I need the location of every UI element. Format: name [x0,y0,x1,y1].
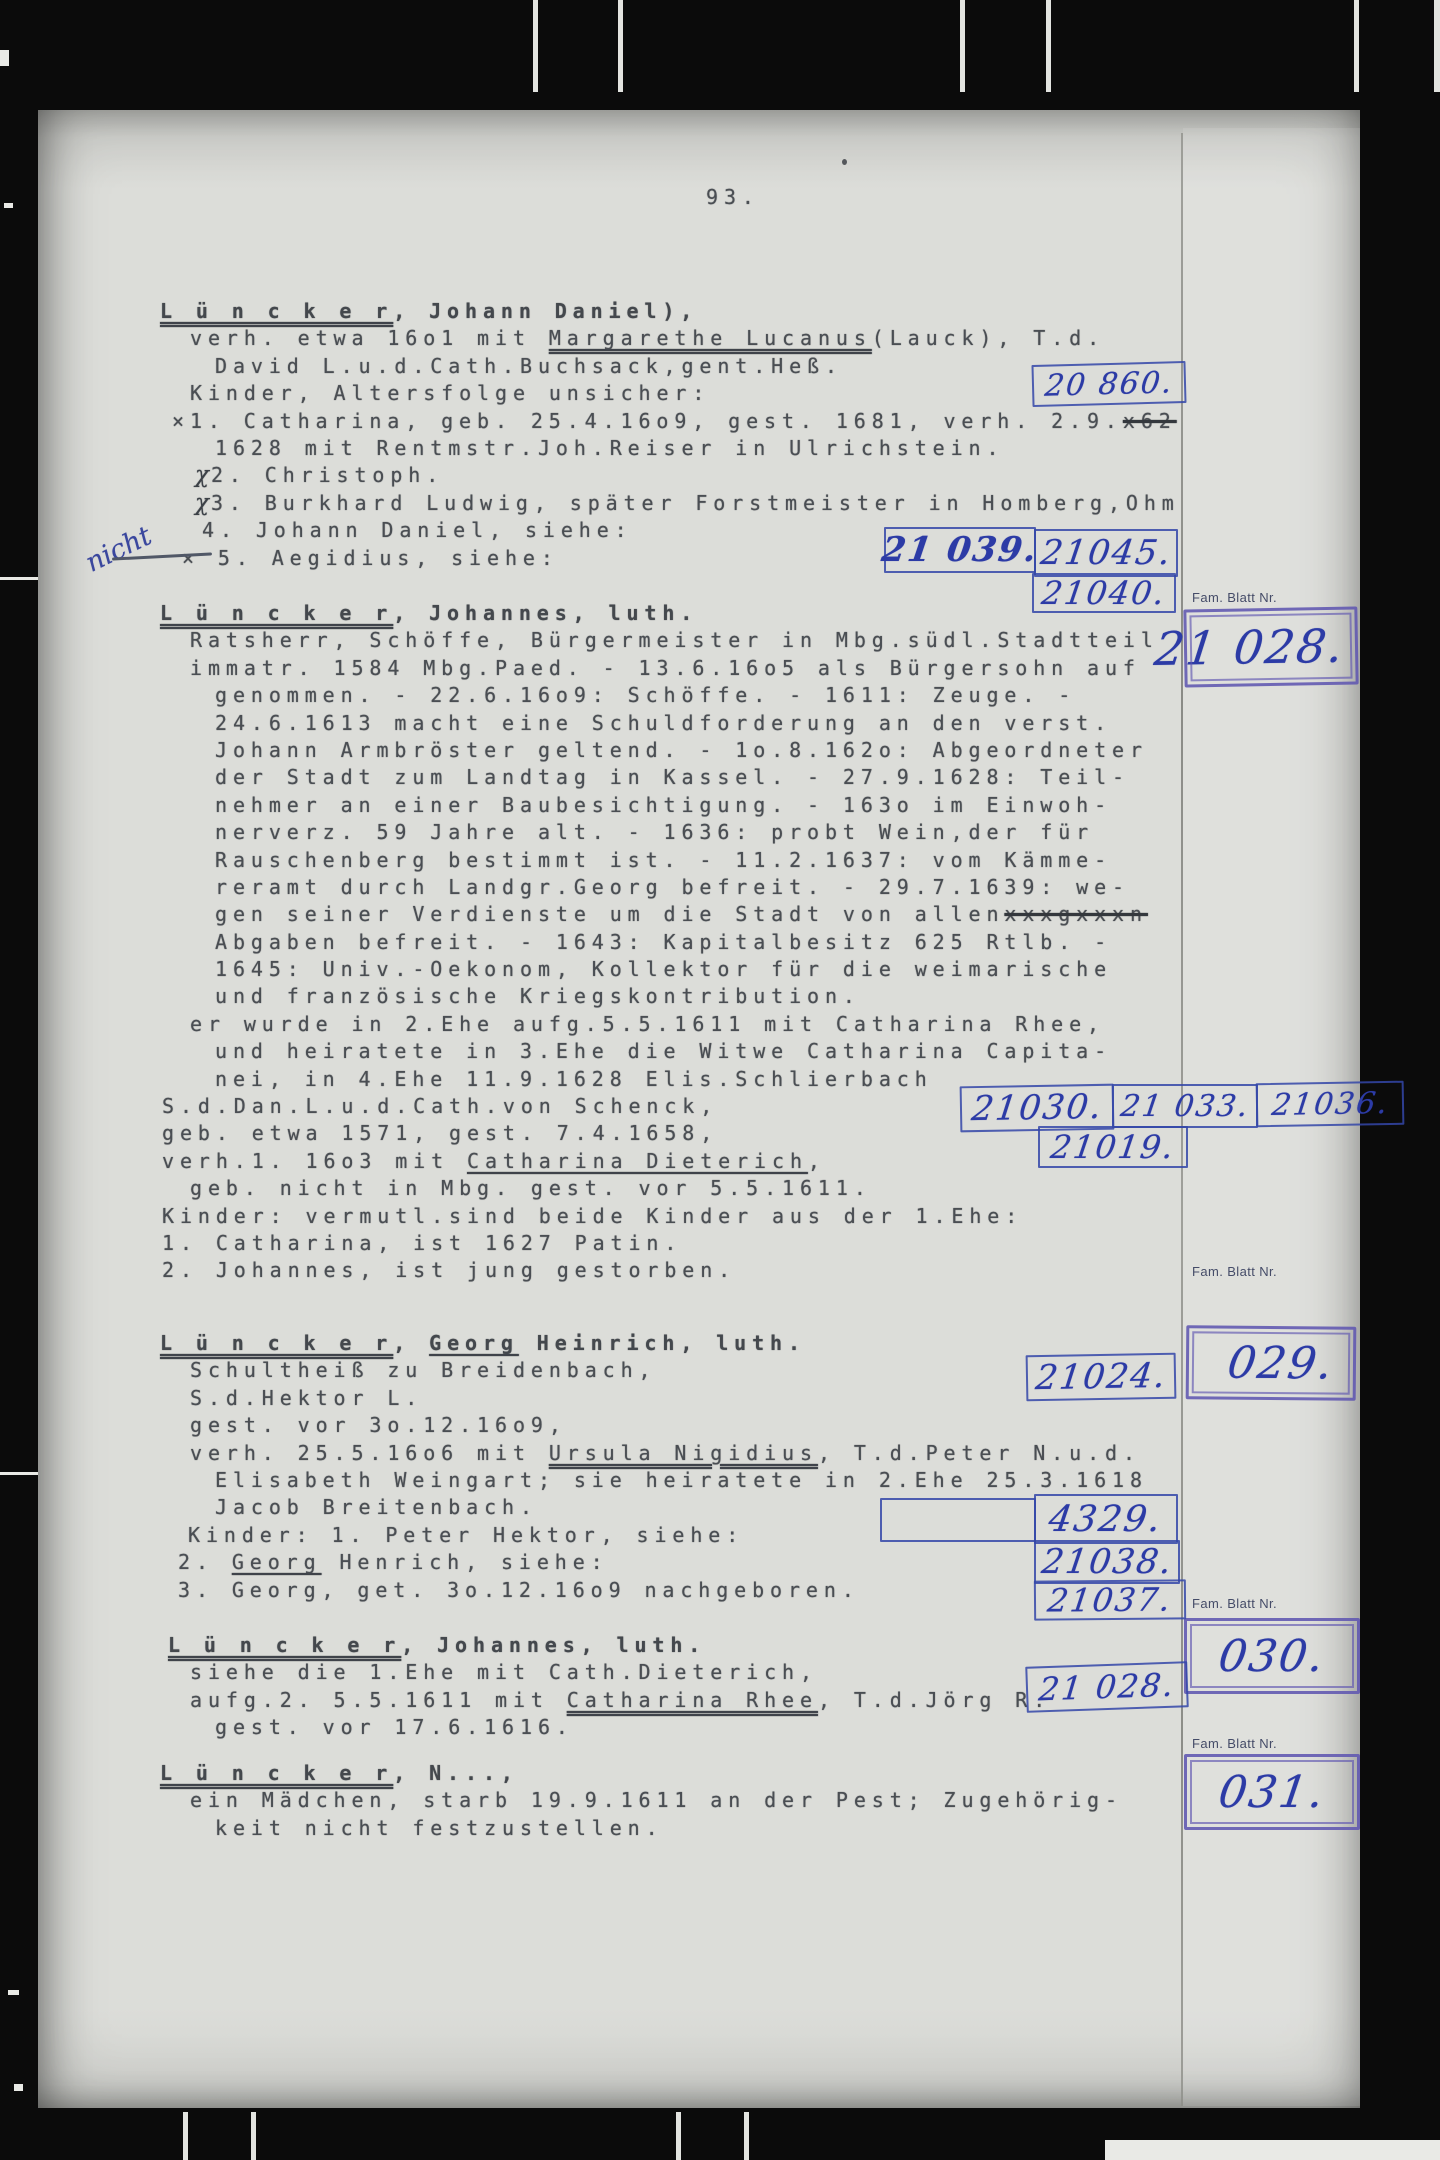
typed-line: L ü n c k e r, N..., [160,1760,1280,1787]
ink-number: 21030. [969,1087,1105,1129]
typed-text: gest. vor 17.6.1616. [215,1715,574,1739]
typed-text: χ [195,490,211,516]
ink-number: 21037. [1046,1580,1175,1619]
underlined-name: Catharina Rhee [567,1688,818,1712]
typed-line: L ü n c k e r, Johann Daniel), [160,298,1280,325]
typed-text: verh. 25.5.16o6 mit [190,1441,549,1465]
typed-text: 2. Johannes, ist jung gestorben. [162,1258,736,1282]
ink-box-21038: 21038. [1034,1540,1180,1584]
typed-text: Henrich, siehe: [322,1550,609,1574]
typed-line: er wurde in 2.Ehe aufg.5.5.1611 mit Cath… [160,1011,1280,1038]
stamp-number: 029. [1224,1337,1338,1389]
ink-box-21039: 21 039. [884,527,1036,573]
typed-text: gen seiner Verdienste um die Stadt von a… [215,902,1004,926]
typed-line: 1645: Univ.-Oekonom, Kollektor für die w… [160,956,1280,983]
ink-number: 21 028. [1037,1666,1177,1709]
underlined-name: L ü n c k e r [160,1331,393,1355]
entry-n: L ü n c k e r, N...,ein Mädchen, starb 1… [160,1760,1280,1842]
typed-line: verh. 25.5.16o6 mit Ursula Nigidius, T.d… [160,1440,1280,1467]
ink-box-21028: 21 028. [1025,1661,1189,1713]
film-sprocket-mark [533,0,538,92]
typed-text: siehe die 1.Ehe mit Cath.Dieterich, [190,1660,818,1684]
typed-line: χ3. Burkhard Ludwig, später Forstmeister… [160,490,1280,517]
ink-number: 21 033. [1118,1089,1251,1124]
typed-text: genommen. - 22.6.16o9: Schöffe. - 1611: … [215,683,1076,707]
typed-text: 4. Johann Daniel, siehe: [202,518,633,542]
typed-text: χ [195,462,211,488]
ink-number: 21036. [1269,1085,1390,1122]
stamp-number: 030. [1215,1631,1328,1682]
typed-text: ×1. Catharina, geb. 25.4.16o9, gest. 168… [172,409,1123,433]
film-frame-line [0,1472,38,1475]
typed-text: , Johann Daniel), [393,299,698,323]
typed-text: gest. vor 3o.12.16o9, [190,1413,567,1437]
typed-line: geb. nicht in Mbg. gest. vor 5.5.1611. [160,1175,1280,1202]
typed-text: , [393,1331,429,1355]
film-scratch [8,1990,19,1995]
underlined-name: Georg [429,1331,519,1355]
typed-text: 3. Burkhard Ludwig, später Forstmeister … [211,491,1180,515]
typed-text: (Lauck), T.d. [872,326,1105,350]
typed-text: nehmer an einer Baubesichtigung. - 163o … [215,793,1112,817]
paper-speck [842,159,847,165]
film-sprocket-mark [618,0,623,92]
ink-number: 20 860. [1043,365,1175,403]
typed-line: gest. vor 3o.12.16o9, [160,1412,1280,1439]
typed-line: nehmer an einer Baubesichtigung. - 163o … [160,792,1280,819]
underlined-name: Catharina Dieterich [467,1149,808,1173]
ink-number: 21 039. [879,530,1041,570]
typed-text: 1628 mit Rentmstr.Joh.Reiser in Ulrichst… [215,436,1004,460]
typed-text: 2. Christoph. [211,463,444,487]
film-frame-line [0,577,38,580]
typed-text: 3. Georg, get. 3o.12.16o9 nachgeboren. [178,1578,860,1602]
typed-text: , T.d.Peter N.u.d. [818,1441,1141,1465]
typed-line: 2. Johannes, ist jung gestorben. [160,1257,1280,1284]
typed-line: gest. vor 17.6.1616. [160,1714,1280,1741]
typed-text: Kinder: 1. Peter Hektor, siehe: [188,1523,744,1547]
typed-line: 24.6.1613 macht eine Schuldforderung an … [160,710,1280,737]
ink-box-21036: 21036. [1256,1081,1405,1128]
fam-blatt-label: Fam. Blatt Nr. [1192,1264,1277,1279]
typed-text: Abgaben befreit. - 1643: Kapitalbesitz 6… [215,930,1112,954]
typed-line: Rauschenberg bestimmt ist. - 11.2.1637: … [160,847,1280,874]
underlined-name: Margarethe Lucanus [549,326,872,350]
typed-line: nerverz. 59 Jahre alt. - 1636: probt Wei… [160,819,1280,846]
typed-text: xxxgxxxn [1004,902,1148,926]
fam-blatt-label: Fam. Blatt Nr. [1192,1596,1277,1611]
ink-box-21033: 21 033. [1112,1084,1258,1128]
typed-line: ein Mädchen, starb 19.9.1611 an der Pest… [160,1787,1280,1814]
fam-blatt-stamp-030: 030. [1184,1618,1360,1694]
typed-line: 1. Catharina, ist 1627 Patin. [160,1230,1280,1257]
film-frame-gap [1105,2140,1440,2160]
typed-text: x62 [1123,409,1177,433]
film-sprocket-mark [183,2112,188,2160]
typed-line: immatr. 1584 Mbg.Paed. - 13.6.16o5 als B… [160,655,1280,682]
ink-box-21040: 21040. [1032,573,1176,613]
typed-text: S.d.Hektor L. [190,1386,423,1410]
typed-text: S.d.Dan.L.u.d.Cath.von Schenck, [162,1094,718,1118]
ink-box-20860: 20 860. [1031,361,1186,407]
typed-line: und heiratete in 3.Ehe die Witwe Cathari… [160,1038,1280,1065]
underlined-name: L ü n c k e r [168,1633,401,1657]
film-sprocket-mark [1354,0,1359,92]
typed-text: David L.u.d.Cath.Buchsack,gent.Heß. [215,354,843,378]
typed-text: Kinder, Altersfolge unsicher: [190,381,710,405]
underlined-name: L ü n c k e r [160,601,393,625]
film-sprocket-mark [676,2112,681,2160]
typed-line: reramt durch Landgr.Georg befreit. - 29.… [160,874,1280,901]
fam-blatt-stamp-029: 029. [1186,1325,1357,1400]
ink-box-empty [880,1498,1036,1542]
typed-line: L ü n c k e r, Johannes, luth. [160,1632,1280,1659]
typed-text: Rauschenberg bestimmt ist. - 11.2.1637: … [215,848,1112,872]
typed-text: , N..., [393,1761,519,1785]
typed-text: geb. etwa 1571, gest. 7.4.1658, [162,1121,718,1145]
typed-text: immatr. 1584 Mbg.Paed. - 13.6.16o5 als B… [190,656,1141,680]
typed-line: Kinder: vermutl.sind beide Kinder aus de… [160,1203,1280,1230]
film-sprocket-mark [960,0,965,92]
film-sprocket-mark [1434,0,1440,92]
typed-text: Heinrich, luth. [519,1331,806,1355]
underlined-name: L ü n c k e r [160,1761,393,1785]
typed-text: , Johannes, luth. [401,1633,706,1657]
typed-text: , Johannes, luth. [393,601,698,625]
typed-text: und französische Kriegskontribution. [215,984,861,1008]
typed-text: 24.6.1613 macht eine Schuldforderung an … [215,711,1112,735]
ink-number: 21045. [1038,533,1175,573]
typed-text: nei, in 4.Ehe 11.9.1628 Elis.Schlierbach [215,1067,933,1091]
fam-blatt-label: Fam. Blatt Nr. [1192,590,1277,605]
typed-line: χ2. Christoph. [160,462,1280,489]
page-number: 93. [706,184,760,211]
typed-text: 1. Catharina, ist 1627 Patin. [162,1231,682,1255]
typed-text: Jacob Breitenbach. [215,1495,538,1519]
film-scratch [14,2084,23,2091]
typed-text: 2. [178,1550,232,1574]
typed-text: und heiratete in 3.Ehe die Witwe Cathari… [215,1039,1112,1063]
typed-line: Ratsherr, Schöffe, Bürgermeister in Mbg.… [160,627,1280,654]
typed-line: Elisabeth Weingart; sie heiratete in 2.E… [160,1467,1280,1494]
typed-text: ein Mädchen, starb 19.9.1611 an der Pest… [190,1788,1123,1812]
ink-box-21019: 21019. [1038,1126,1188,1168]
typed-line: keit nicht festzustellen. [160,1815,1280,1842]
typed-text: Elisabeth Weingart; sie heiratete in 2.E… [215,1468,1148,1492]
ink-number: 21019. [1048,1128,1177,1166]
typed-line: der Stadt zum Landtag in Kassel. - 27.9.… [160,764,1280,791]
typed-line: gen seiner Verdienste um die Stadt von a… [160,901,1280,928]
underlined-name: L ü n c k e r [160,299,393,323]
typed-line: und französische Kriegskontribution. [160,983,1280,1010]
typed-line: 1628 mit Rentmstr.Joh.Reiser in Ulrichst… [160,435,1280,462]
film-scratch [0,50,9,66]
fam-blatt-stamp-031: 031. [1184,1754,1360,1830]
typed-text: 1645: Univ.-Oekonom, Kollektor für die w… [215,957,1112,981]
ink-box-4329: 4329. [1034,1494,1178,1544]
typed-line: verh. etwa 16o1 mit Margarethe Lucanus(L… [160,325,1280,352]
typed-text: der Stadt zum Landtag in Kassel. - 27.9.… [215,765,1130,789]
microfilm-scan: { "page": { "number": "93.", "fam_blatt_… [0,0,1440,2160]
typed-text: verh. etwa 16o1 mit [190,326,549,350]
typed-text: Schultheiß zu Breidenbach, [190,1358,656,1382]
stamp-number: 031. [1215,1767,1328,1818]
entry-johannes-1: L ü n c k e r, Johannes, luth.Ratsherr, … [160,600,1280,1285]
typed-text: , [808,1149,826,1173]
typed-text: er wurde in 2.Ehe aufg.5.5.1611 mit Cath… [190,1012,1105,1036]
ink-number: 21040. [1039,574,1168,612]
typed-line: Johann Armbröster geltend. - 1o.8.162o: … [160,737,1280,764]
ink-box-21037: 21037. [1034,1579,1186,1620]
typed-line: genommen. - 22.6.16o9: Schöffe. - 1611: … [160,682,1280,709]
underlined-name: Ursula Nigidius [549,1441,818,1465]
typed-text: nerverz. 59 Jahre alt. - 1636: probt Wei… [215,820,1094,844]
typed-text: Ratsherr, Schöffe, Bürgermeister in Mbg.… [190,628,1159,652]
typed-text: verh.1. 16o3 mit [162,1149,467,1173]
typed-line: Abgaben befreit. - 1643: Kapitalbesitz 6… [160,929,1280,956]
typed-text: reramt durch Landgr.Georg befreit. - 29.… [215,875,1130,899]
typed-text: Kinder: vermutl.sind beide Kinder aus de… [162,1204,1023,1228]
fam-blatt-stamp-21028: 21 028. [1183,606,1358,687]
film-sprocket-mark [1046,0,1051,92]
film-sprocket-mark [744,2112,749,2160]
ink-number: 21024. [1033,1356,1169,1398]
stamp-number: 21 028. [1152,619,1348,676]
ink-box-21024: 21024. [1026,1353,1177,1402]
typed-line: ×1. Catharina, geb. 25.4.16o9, gest. 168… [160,408,1280,435]
ink-box-21045: 21045. [1034,529,1178,577]
typed-text: aufg.2. 5.5.1611 mit [190,1688,567,1712]
underlined-name: Georg [232,1550,322,1574]
ink-number: 21038. [1039,1542,1176,1582]
ink-number: 4329. [1047,1499,1166,1540]
film-sprocket-mark [251,2112,256,2160]
typed-text: Johann Armbröster geltend. - 1o.8.162o: … [215,738,1148,762]
typed-text: × 5. Aegidius, siehe: [182,546,559,570]
typed-text: geb. nicht in Mbg. gest. vor 5.5.1611. [190,1176,872,1200]
film-scratch [4,203,13,208]
typed-text: keit nicht festzustellen. [215,1816,664,1840]
typed-text: , T.d.Jörg R. [818,1688,1051,1712]
fam-blatt-label: Fam. Blatt Nr. [1192,1736,1277,1751]
